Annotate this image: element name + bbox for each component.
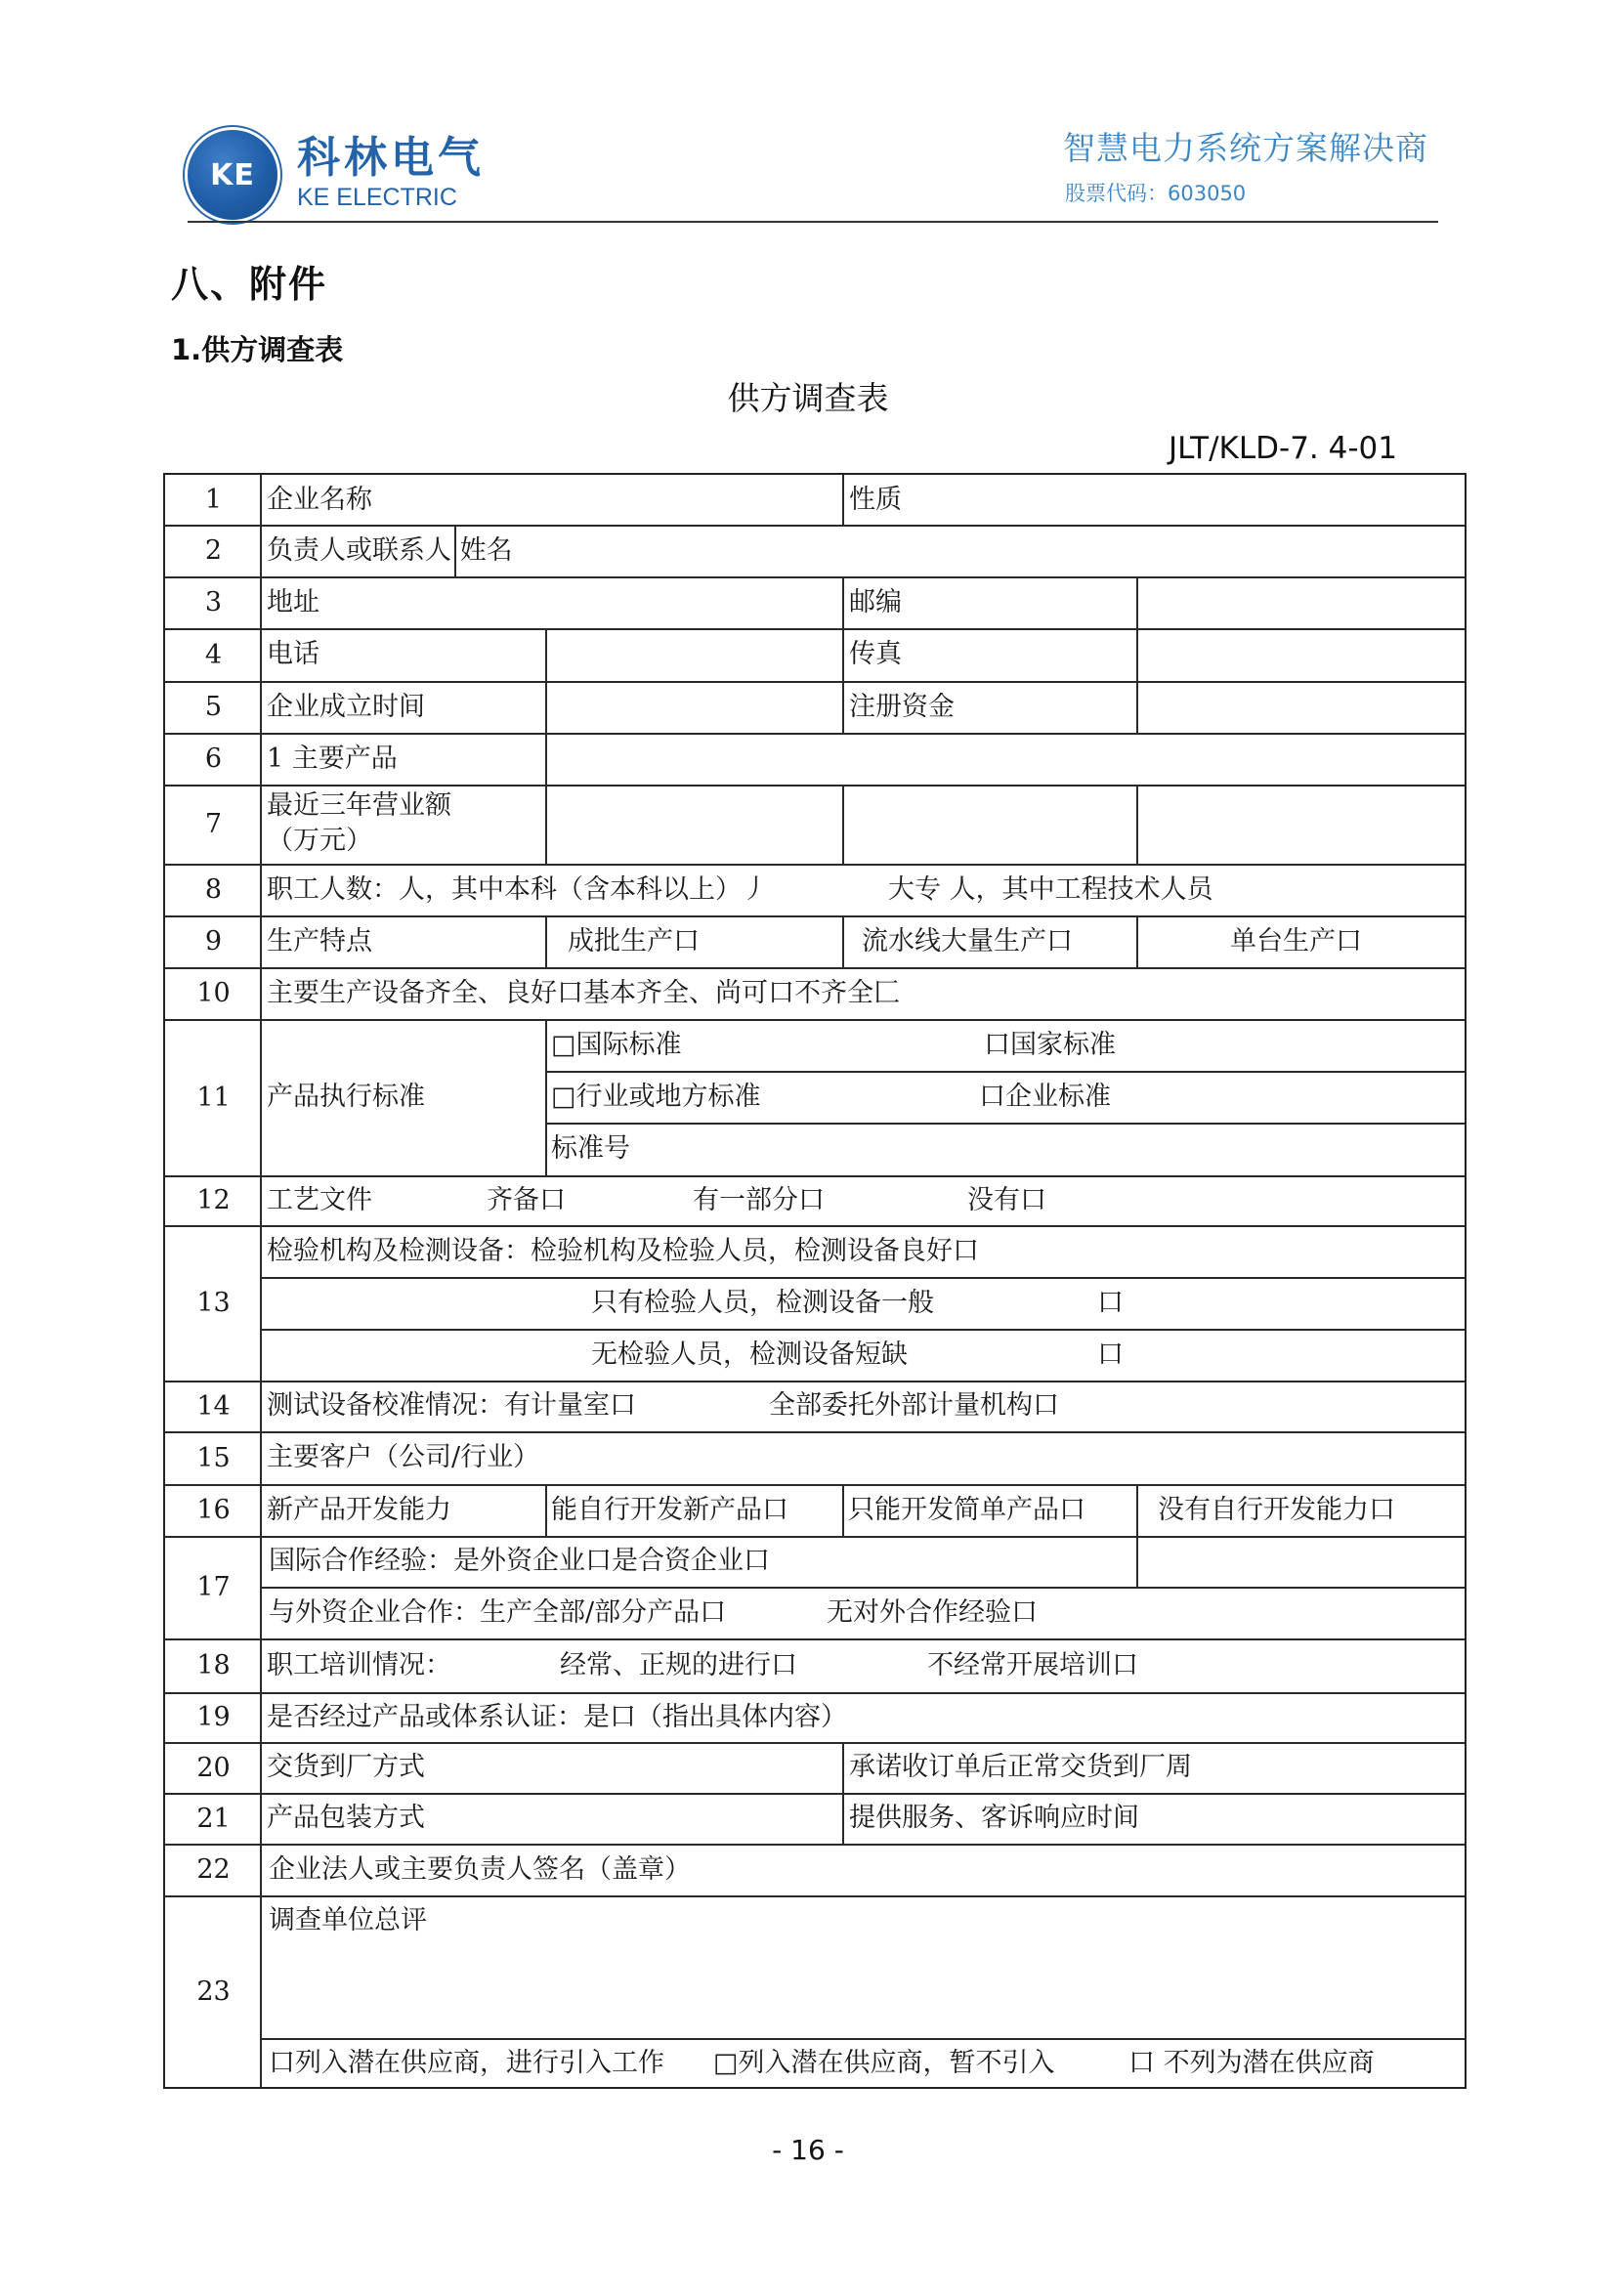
row-divider	[165, 628, 1465, 630]
col-divider	[842, 1484, 844, 1536]
field-inspection-lacking: 无检验人员，检测设备短缺	[591, 1329, 908, 1381]
row-number: 18	[165, 1638, 262, 1692]
brand-name-en: KE ELECTRIC	[297, 184, 457, 211]
col-divider	[545, 915, 547, 967]
row-number: 23	[165, 1895, 262, 2087]
row-number: 1	[165, 475, 262, 525]
col-divider	[545, 1019, 547, 1175]
field-label-main-customers: 主要客户（公司/行业）	[267, 1431, 539, 1484]
field-label-registered-capital: 注册资金	[849, 681, 955, 733]
checkbox-calibration-outsourced[interactable]: 全部委托外部计量机构口	[769, 1381, 1059, 1431]
stock-code: 股票代码：603050	[1065, 182, 1246, 205]
company-logo: KE	[188, 130, 277, 220]
field-label-revenue: 最近三年营业额	[267, 789, 451, 823]
field-label-standard-number: 标准号	[551, 1123, 630, 1175]
field-label-nature: 性质	[849, 475, 902, 525]
field-label-process-docs: 工艺文件	[267, 1175, 372, 1225]
col-divider	[1136, 915, 1138, 967]
field-label-signature: 企业法人或主要负责人签名（盖章）	[269, 1844, 691, 1895]
field-label-phone: 电话	[267, 628, 319, 681]
col-divider	[842, 915, 844, 967]
col-divider	[545, 628, 547, 733]
field-employee-count: 职工人数：人，其中本科（含本科以上）丿	[267, 864, 768, 915]
row-number: 17	[165, 1536, 262, 1638]
row-number: 12	[165, 1175, 262, 1225]
field-label-product-standard: 产品执行标准	[267, 1019, 425, 1175]
row-number: 2	[165, 525, 262, 576]
col-divider	[545, 785, 547, 864]
checkbox-mass-production[interactable]: 流水线大量生产口	[862, 915, 1073, 967]
checkbox-docs-partial[interactable]: 有一部分口	[693, 1175, 825, 1225]
field-employee-college: 大专 人，其中工程技术人员	[888, 864, 1213, 915]
row-number: 7	[165, 785, 262, 864]
section-title: 八、附件	[171, 262, 327, 307]
supplier-survey-table: 1 2 3 4 5 6 7 8 9 10 11 12 13 14 15 16 1…	[163, 473, 1467, 2089]
field-label-fax: 传真	[849, 628, 902, 681]
row-number: 6	[165, 733, 262, 785]
checkbox-docs-none[interactable]: 没有口	[967, 1175, 1046, 1225]
checkbox-enterprise-standard[interactable]: 口企业标准	[979, 1071, 1111, 1123]
row-number: 20	[165, 1742, 262, 1793]
field-label-delivery-time: 承诺收订单后正常交货到厂周	[849, 1742, 1192, 1793]
field-label-main-products: 1 主要产品	[267, 733, 398, 785]
checkbox-list-not-introduce[interactable]: □列入潜在供应商，暂不引入	[713, 2040, 1055, 2087]
subsection-title: 1.供方调查表	[171, 332, 343, 367]
col-divider	[1136, 1536, 1138, 1587]
company-slogan: 智慧电力系统方案解决商	[1063, 130, 1428, 167]
row-divider	[165, 1895, 1465, 1897]
checkbox-national-standard[interactable]: 口国家标准	[984, 1019, 1116, 1071]
checkbox-rd-none[interactable]: 没有自行开发能力口	[1158, 1484, 1395, 1536]
field-label-rd-capability: 新产品开发能力	[267, 1484, 451, 1536]
row-number: 10	[165, 967, 262, 1019]
checkbox-inspection-general[interactable]: 口	[1097, 1277, 1124, 1329]
checkbox-foreign-production[interactable]: 与外资企业合作：生产全部/部分产品口	[269, 1587, 726, 1638]
header-divider	[188, 221, 1438, 223]
row-number: 14	[165, 1381, 262, 1431]
col-divider	[545, 733, 547, 785]
row-number: 21	[165, 1793, 262, 1844]
field-label-delivery-method: 交货到厂方式	[267, 1742, 425, 1793]
brand-name-cn: 科林电气	[297, 135, 485, 182]
row-number: 15	[165, 1431, 262, 1484]
row-number: 16	[165, 1484, 262, 1536]
checkbox-batch-production[interactable]: 成批生产口	[568, 915, 700, 967]
col-divider	[545, 1484, 547, 1536]
row-number: 19	[165, 1692, 262, 1742]
field-label-contact-name: 负责人或联系人 姓名	[267, 525, 513, 576]
col-divider	[842, 475, 844, 525]
checkbox-no-foreign-cooperation[interactable]: 无对外合作经验口	[827, 1587, 1038, 1638]
checkbox-training-regular[interactable]: 经常、正规的进行口	[560, 1638, 797, 1692]
checkbox-calibration-in-house[interactable]: 测试设备校准情况：有计量室口	[267, 1381, 636, 1431]
form-code: JLT/KLD-7. 4-01	[1075, 430, 1397, 467]
col-divider	[842, 785, 844, 864]
checkbox-training-irregular[interactable]: 不经常开展培训口	[927, 1638, 1138, 1692]
checkbox-single-unit-production[interactable]: 单台生产口	[1230, 915, 1362, 967]
col-divider	[842, 1742, 844, 1844]
row-number: 22	[165, 1844, 262, 1895]
checkbox-industry-standard[interactable]: □行业或地方标准	[551, 1071, 761, 1123]
row-divider	[165, 576, 1465, 578]
checkbox-international-cooperation[interactable]: 国际合作经验：是外资企业口是合资企业口	[269, 1536, 770, 1587]
field-inspection-general: 只有检验人员，检测设备一般	[591, 1277, 934, 1329]
checkbox-docs-complete[interactable]: 齐备口	[487, 1175, 566, 1225]
col-divider	[1136, 785, 1138, 864]
field-label-service-response: 提供服务、客诉响应时间	[849, 1793, 1139, 1844]
field-label-training: 职工培训情况：	[267, 1638, 451, 1692]
row-number: 9	[165, 915, 262, 967]
col-divider	[1136, 628, 1138, 733]
row-number: 4	[165, 628, 262, 681]
checkbox-list-and-introduce[interactable]: 口列入潜在供应商，进行引入工作	[269, 2040, 664, 2087]
row-divider	[545, 1123, 1465, 1125]
field-label-founded-date: 企业成立时间	[267, 681, 425, 733]
field-label-revenue-unit: （万元）	[267, 825, 372, 858]
checkbox-rd-simple[interactable]: 只能开发简单产品口	[848, 1484, 1085, 1536]
checkbox-international-standard[interactable]: □国际标准	[551, 1019, 682, 1071]
col-divider	[1136, 1484, 1138, 1536]
checkbox-inspection-good[interactable]: 检验机构及检测设备：检验机构及检验人员，检测设备良好口	[267, 1225, 979, 1277]
row-number: 5	[165, 681, 262, 733]
field-label-address: 地址	[267, 576, 319, 628]
row-number: 13	[165, 1225, 262, 1381]
checkbox-not-listed[interactable]: 口 不列为潜在供应商	[1128, 2040, 1375, 2087]
checkbox-equipment-condition[interactable]: 主要生产设备齐全、良好口基本齐全、尚可口不齐全匚	[267, 967, 900, 1019]
logo-mark: KE	[188, 130, 277, 220]
page-number: - 16 -	[0, 2134, 1616, 2167]
checkbox-certification[interactable]: 是否经过产品或体系认证：是口（指出具体内容）	[267, 1692, 847, 1742]
field-label-production-type: 生产特点	[267, 915, 372, 967]
field-label-postcode: 邮编	[849, 576, 902, 628]
field-label-overall-evaluation: 调查单位总评	[269, 1903, 427, 1938]
checkbox-inspection-lacking[interactable]: 口	[1097, 1329, 1124, 1381]
row-divider	[165, 785, 1465, 787]
field-label-company-name: 企业名称	[267, 475, 372, 525]
row-number: 3	[165, 576, 262, 628]
col-divider	[842, 628, 844, 733]
form-title: 供方调查表	[0, 379, 1616, 418]
row-number: 8	[165, 864, 262, 915]
field-label-packaging: 产品包装方式	[267, 1793, 425, 1844]
row-number: 11	[165, 1019, 262, 1175]
col-divider	[1136, 576, 1138, 628]
checkbox-rd-full[interactable]: 能自行开发新产品口	[551, 1484, 788, 1536]
col-divider	[842, 576, 844, 628]
